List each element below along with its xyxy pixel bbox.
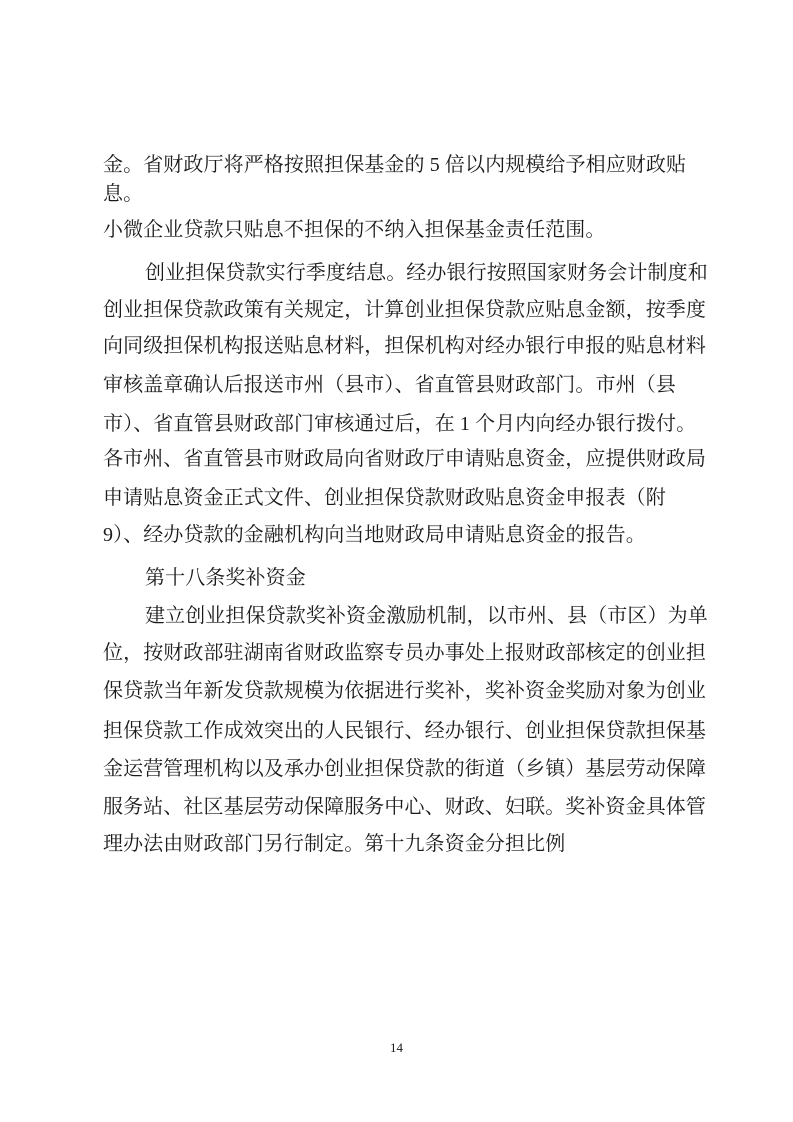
- text-line: 第十八条奖补资金: [145, 568, 306, 588]
- text-line: 9）、经办贷款的金融机构向当地财政局申请贴息资金的报告。: [103, 525, 646, 545]
- text-line: 服务站、社区基层劳动保障服务中心、财政、妇联。奖补资金具体管: [103, 797, 706, 817]
- text-line: 市）、省直管县财政部门审核通过后，在 1 个月内向经办银行拨付。: [103, 414, 696, 434]
- document-page: 金。省财政厅将严格按照担保基金的 5 倍以内规模给予相应财政贴 息。 小微企业贷…: [0, 0, 793, 1122]
- text-line: 担保贷款工作成效突出的人民银行、经办银行、创业担保贷款担保基: [103, 721, 706, 741]
- page-number: 14: [0, 1041, 793, 1054]
- text-line: 创业担保贷款实行季度结息。经办银行按照国家财务会计制度和: [145, 263, 708, 283]
- text-line: 金运营管理机构以及承办创业担保贷款的街道（乡镇）基层劳动保障: [103, 759, 706, 779]
- text-line: 审核盖章确认后报送市州（县市）、省直管县财政部门。市州（县: [103, 375, 676, 395]
- text-line: 创业担保贷款政策有关规定，计算创业担保贷款应贴息金额，按季度: [103, 300, 706, 320]
- text-line: 小微企业贷款只贴息不担保的不纳入担保基金责任范围。: [103, 220, 606, 240]
- text-line: 金。省财政厅将严格按照担保基金的 5 倍以内规模给予相应财政贴: [103, 155, 686, 175]
- text-line: 各市州、省直管县市财政局向省财政厅申请贴息资金，应提供财政局: [103, 449, 706, 469]
- text-line: 理办法由财政部门另行制定。第十九条资金分担比例: [103, 834, 565, 854]
- text-line: 位，按财政部驻湖南省财政监察专员办事处上报财政部核定的创业担: [103, 643, 706, 663]
- text-line: 申请贴息资金正式文件、创业担保贷款财政贴息资金申报表（附: [103, 488, 666, 508]
- text-line: 建立创业担保贷款奖补资金激励机制，以市州、县（市区）为单: [145, 606, 708, 626]
- text-line: 息。: [103, 184, 143, 204]
- text-line: 保贷款当年新发贷款规模为依据进行奖补，奖补资金奖励对象为创业: [103, 681, 706, 701]
- text-line: 向同级担保机构报送贴息材料，担保机构对经办银行申报的贴息材料: [103, 336, 706, 356]
